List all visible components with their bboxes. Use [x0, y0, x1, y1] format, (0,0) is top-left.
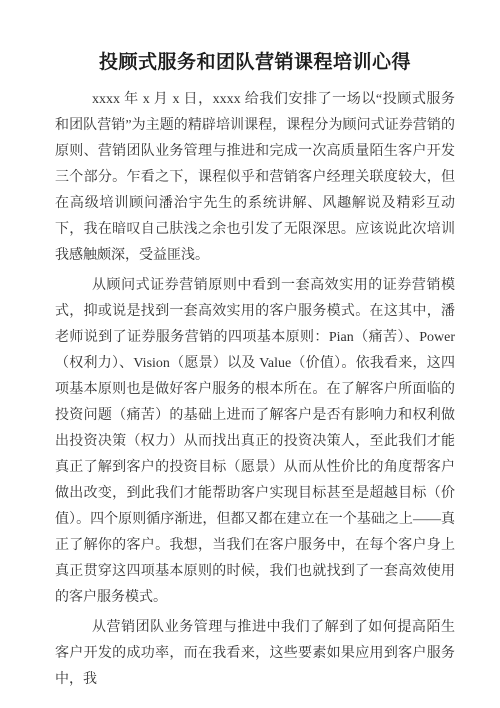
paragraph-intro: xxxx 年 x 月 x 日，xxxx 给我们安排了一场以“投顾式服务和团队营销…: [55, 87, 455, 269]
document-page: 投顾式服务和团队营销课程培训心得 xxxx 年 x 月 x 日，xxxx 给我们…: [0, 0, 500, 708]
paragraph-team-management: 从营销团队业务管理与推进中我们了解到了如何提高陌生客户开发的成功率，而在我看来，…: [55, 615, 455, 693]
paragraph-principles: 从顾问式证券营销原则中看到一套高效实用的证券营销模式，抑或说是找到一套高效实用的…: [55, 273, 455, 611]
document-title: 投顾式服务和团队营销课程培训心得: [55, 46, 455, 79]
